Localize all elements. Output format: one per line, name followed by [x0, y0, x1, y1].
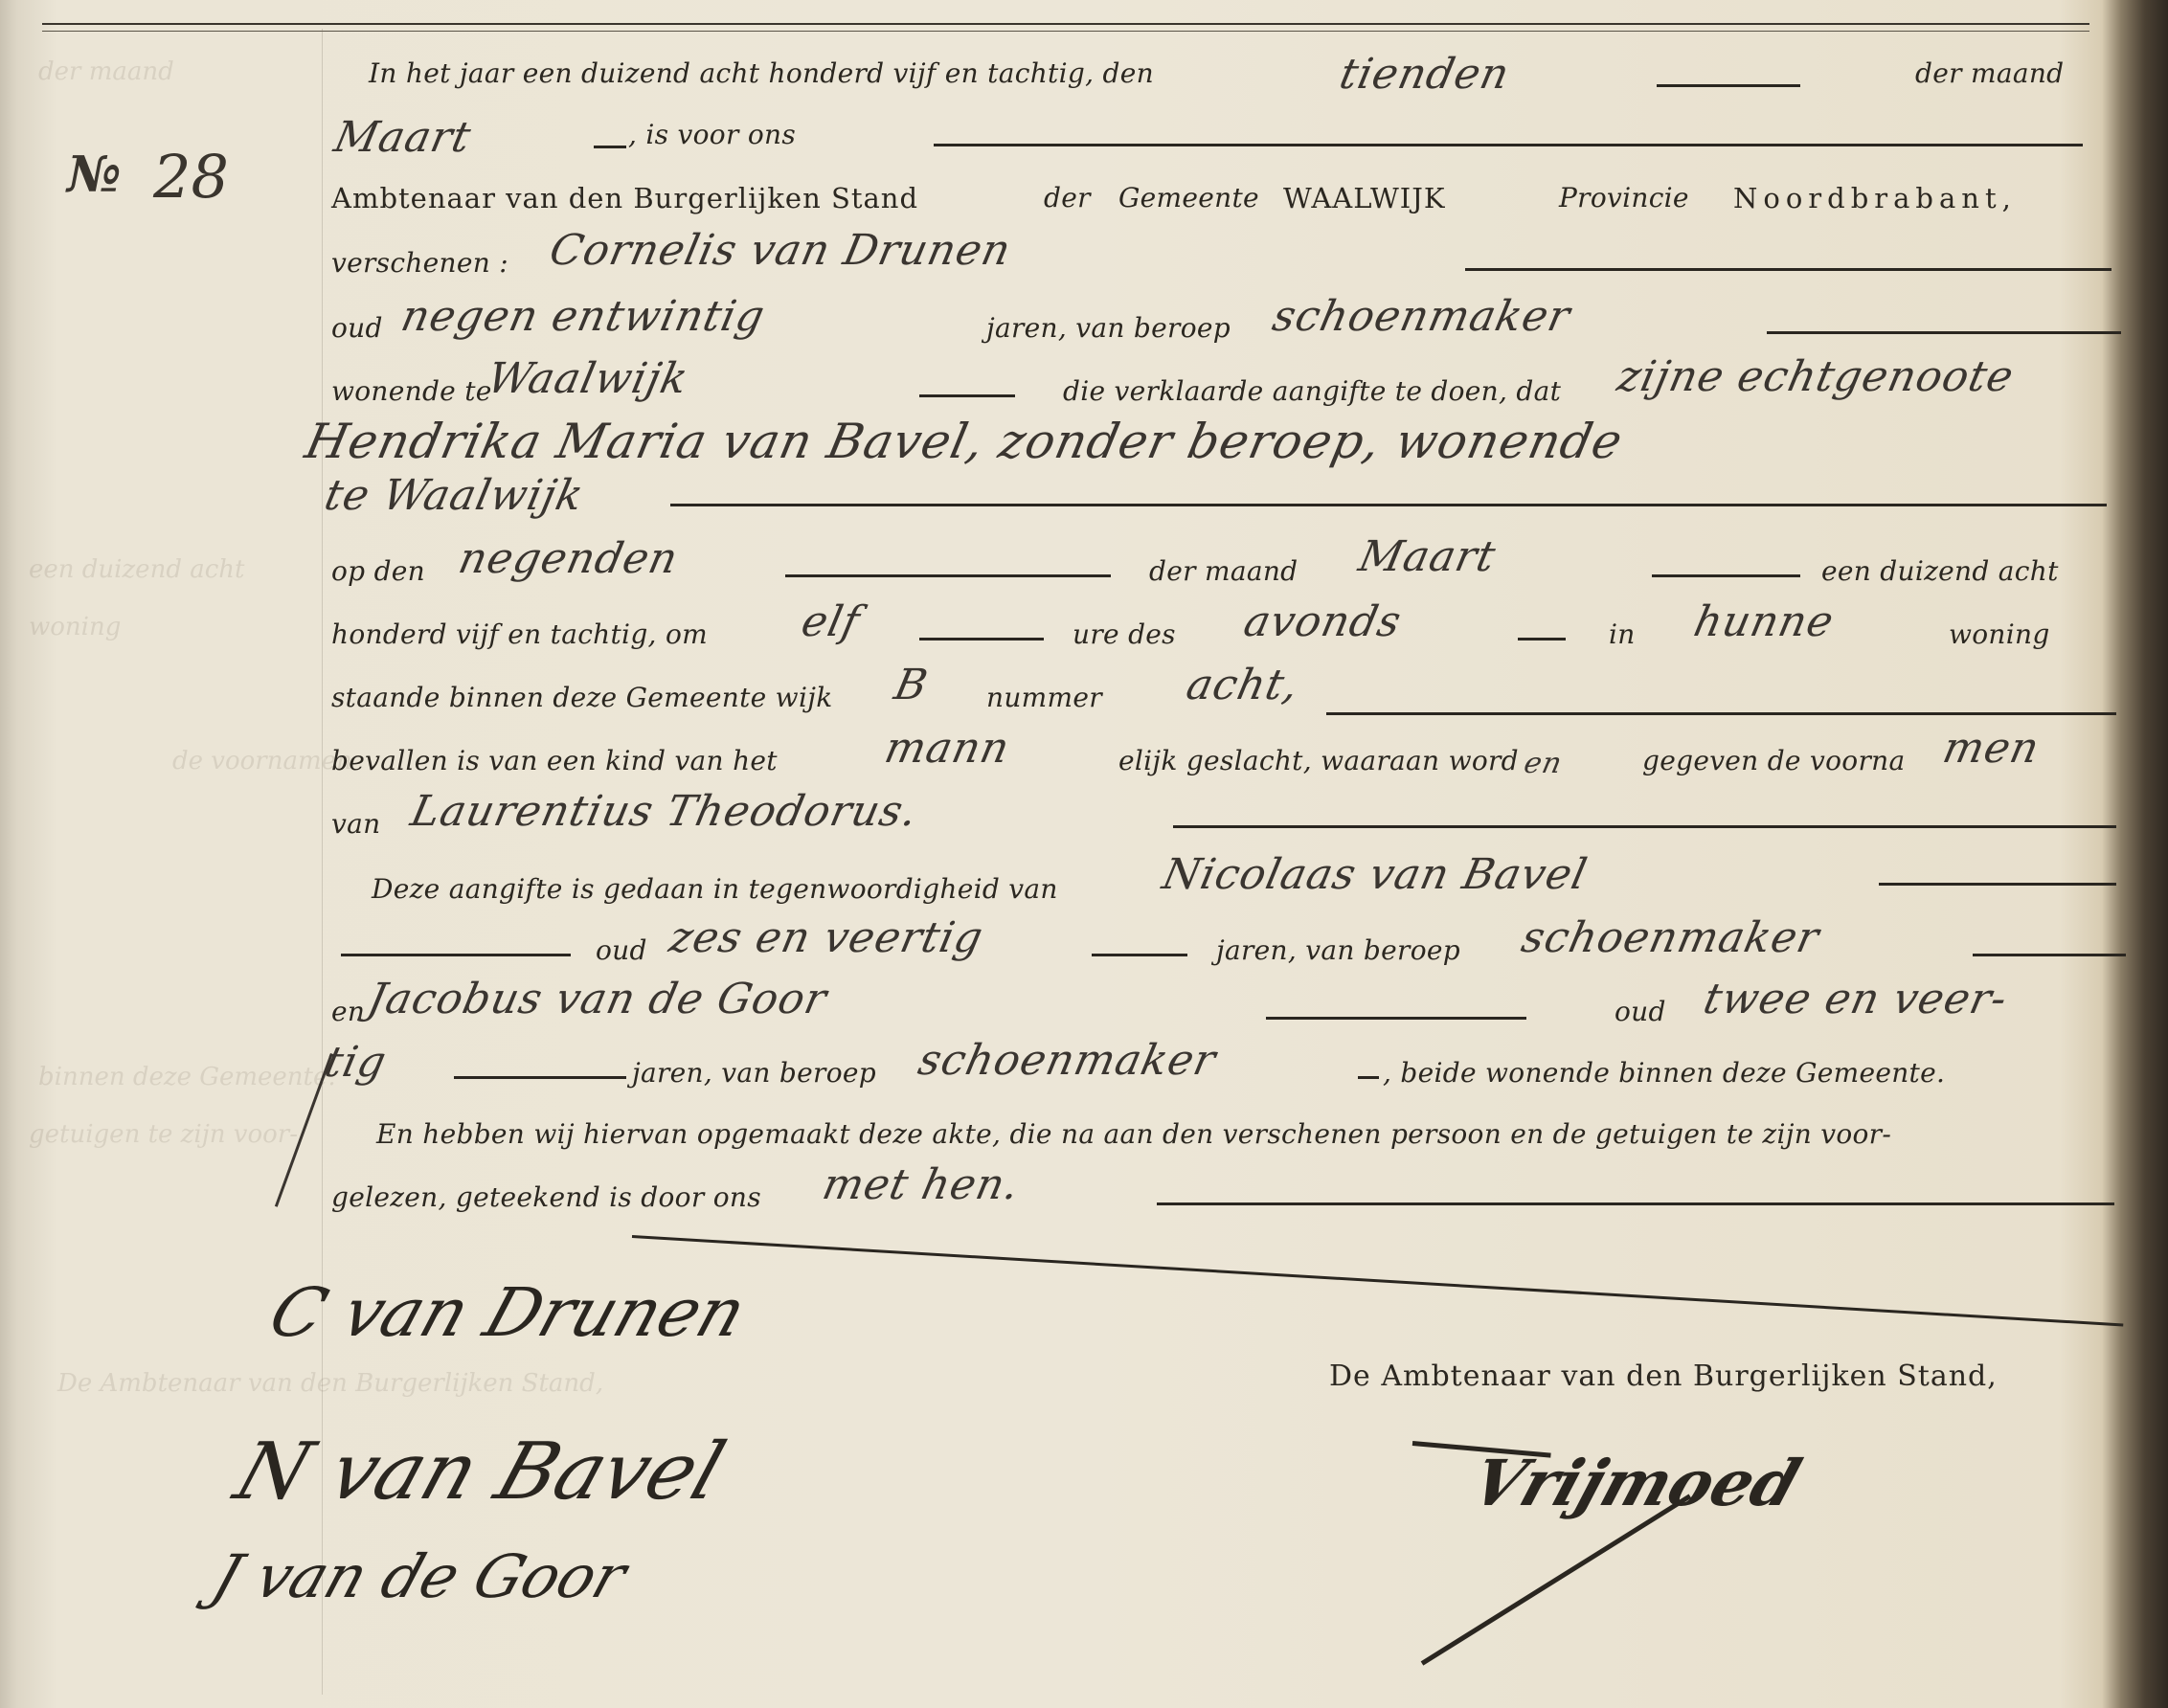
child-given-names: Laurentius Theodorus. [407, 787, 923, 836]
fill-line [1465, 268, 2112, 271]
fill-line [1266, 1017, 1526, 1020]
signature-declarant: C van Drunen [260, 1273, 756, 1352]
handwritten-text: en [1521, 747, 1566, 780]
printed-text: ure des [1073, 618, 1176, 650]
fill-line [341, 954, 571, 956]
printed-text: gegeven de voorna [1642, 745, 1905, 776]
witness1-age: zes en veertig [666, 913, 988, 962]
official-title: De Ambtenaar van den Burgerlijken Stand, [1329, 1360, 1998, 1393]
bleed-text: woning [29, 613, 121, 641]
fill-line [1326, 712, 2116, 715]
printed-text: nummer [986, 682, 1102, 713]
printed-text: een duizend acht [1821, 555, 2059, 587]
fill-line [670, 504, 2107, 506]
municipality-name: WAALWIJK [1283, 182, 1446, 214]
handwritten-month: Maart [330, 113, 476, 162]
fill-line [1358, 1076, 1379, 1079]
printed-text: der maand [1149, 555, 1298, 587]
printed-text: oud [1615, 996, 1666, 1027]
printed-text: jaren, van beroep [986, 312, 1231, 344]
printed-text: Deze aangifte is gedaan in tegenwoordigh… [372, 873, 1058, 905]
printed-text: staande binnen deze Gemeente wijk [331, 682, 832, 713]
fill-line [1652, 574, 1800, 577]
fill-line [919, 638, 1044, 640]
declarant-occupation: schoenmaker [1269, 292, 1575, 341]
printed-text: die verklaarde aangifte te doen, dat [1063, 375, 1561, 407]
printed-text: jaren, van beroep [632, 1057, 876, 1089]
fill-line [1879, 883, 2116, 886]
witness1-name: Nicolaas van Bavel [1159, 850, 1592, 899]
child-sex: mann [881, 724, 1014, 773]
printed-text: Provincie [1559, 182, 1689, 213]
fill-line [1157, 1202, 2114, 1205]
witness2-name: Jacobus van de Goor [364, 975, 832, 1023]
record-number-label: № [67, 146, 122, 204]
bleed-text: De Ambtenaar van den Burgerlijken Stand, [57, 1369, 603, 1398]
fill-line [454, 1076, 626, 1079]
register-page: der maand een duizend acht woning de voo… [0, 0, 2168, 1708]
fill-line [1973, 954, 2126, 956]
printed-text: woning [1949, 618, 2050, 650]
bleed-text: de voornamen [172, 747, 352, 775]
printed-text: Ambtenaar van den Burgerlijken Stand [331, 182, 918, 214]
printed-text: En hebben wij hiervan opgemaakt deze akt… [376, 1118, 1891, 1150]
declarant-name: Cornelis van Drunen [546, 226, 1016, 275]
birth-place: hunne [1690, 597, 1839, 646]
fill-line [1173, 825, 2116, 828]
witness2-age: twee en veer- [1700, 975, 2012, 1023]
mother-residence: te Waalwijk [321, 471, 589, 520]
printed-text: der maand [1915, 57, 2064, 89]
birth-month: Maart [1355, 532, 1501, 581]
declarant-residence: Waalwijk [484, 354, 693, 403]
printed-text: oud [596, 934, 647, 966]
fill-line [1657, 84, 1800, 87]
fill-line [1518, 638, 1566, 640]
fill-line [1767, 331, 2121, 334]
top-rule [42, 23, 2089, 25]
bleed-text: binnen deze Gemeente. [38, 1063, 336, 1091]
handwritten-text: zijne echtgenoote [1614, 352, 2019, 401]
printed-text: in [1609, 618, 1636, 650]
printed-text: honderd vijf en tachtig, om [331, 618, 708, 650]
handwritten-text: met hen. [819, 1160, 1025, 1209]
printed-text: op den [331, 555, 425, 587]
printed-text: der [1044, 182, 1091, 213]
fill-line [1092, 954, 1187, 956]
signature-witness2: J van de Goor [204, 1541, 635, 1611]
witness2-age-cont: tig [321, 1038, 392, 1087]
fill-line [785, 574, 1111, 577]
signature-witness1: N van Bavel [225, 1427, 735, 1517]
fill-line [594, 146, 626, 148]
birth-time-of-day: avonds [1240, 597, 1407, 646]
top-rule [42, 31, 2089, 32]
printed-text: wonende te [331, 375, 492, 407]
handwritten-text: men [1939, 724, 2044, 773]
signature-official: Vrijmoed [1462, 1446, 1809, 1520]
declarant-age: negen entwintig [397, 292, 770, 341]
house-number: acht, [1183, 661, 1304, 709]
printed-text: In het jaar een duizend acht honderd vij… [369, 57, 1154, 89]
birth-hour: elf [798, 597, 865, 646]
fill-line [934, 144, 2083, 146]
printed-text: verschenen : [331, 247, 508, 279]
bleed-text: getuigen te zijn voor- [29, 1120, 298, 1149]
printed-text: , is voor ons [628, 119, 796, 150]
witness2-occupation: schoenmaker [915, 1036, 1221, 1085]
printed-text: oud [331, 312, 383, 344]
printed-text: , beide wonende binnen deze Gemeente. [1383, 1057, 1945, 1089]
bleed-text: een duizend acht [29, 555, 244, 584]
birth-day: negenden [455, 534, 683, 583]
ward-letter: B [891, 661, 933, 709]
province-name: Noordbrabant, [1733, 182, 2017, 214]
record-number: 28 [153, 142, 229, 212]
mother-name: Hendrika Maria van Bavel, zonder beroep,… [301, 414, 1628, 469]
printed-text: Gemeente [1118, 182, 1259, 213]
printed-text: gelezen, geteekend is door ons [331, 1181, 761, 1213]
printed-text: elijk geslacht, waaraan word [1118, 745, 1519, 776]
bleed-text: der maand [38, 57, 174, 86]
fill-line [919, 394, 1015, 397]
printed-text: jaren, van beroep [1216, 934, 1460, 966]
witness1-occupation: schoenmaker [1518, 913, 1824, 962]
printed-text: en [331, 996, 365, 1027]
closing-diagonal-line [632, 1235, 2123, 1327]
handwritten-day: tienden [1336, 50, 1515, 99]
printed-text: bevallen is van een kind van het [331, 745, 778, 776]
printed-text: van [331, 808, 380, 840]
